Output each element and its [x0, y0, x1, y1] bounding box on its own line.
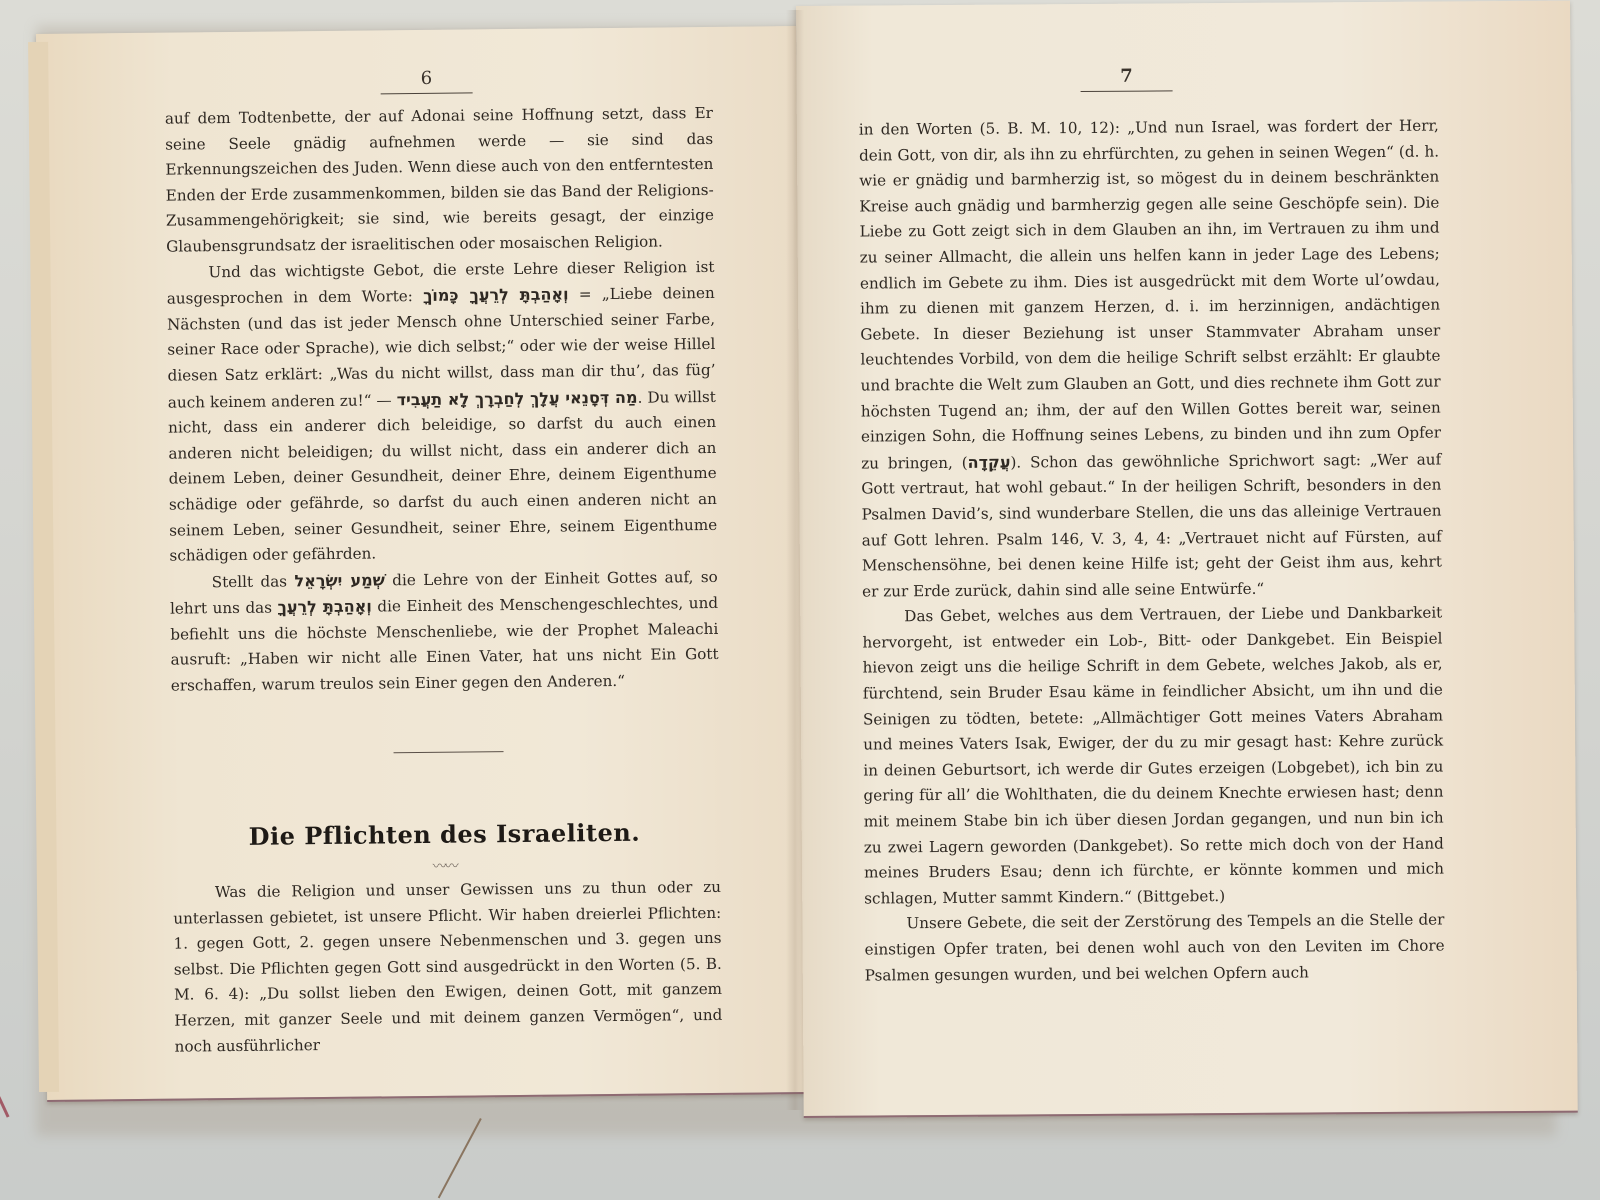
paragraph-shema: Stellt das שְׁמַע יִשְׂרָאֵל die Lehre v…	[170, 564, 719, 700]
text-span: . Du willst nicht, dass ein anderer dich…	[168, 387, 717, 564]
edge-mark	[0, 1096, 10, 1117]
page-number-rule	[381, 92, 473, 94]
section-divider-rule	[394, 751, 504, 753]
paragraph-our-prayers: Unsere Gebete, die seit der Zerstörung d…	[864, 908, 1445, 989]
page-number-text: 6	[421, 68, 433, 89]
page-number-text: 7	[1120, 66, 1133, 87]
hebrew-phrase: שְׁמַע יִשְׂרָאֵל	[294, 570, 385, 590]
text-span: in den Worten (5. B. M. 10, 12): „Und nu…	[859, 117, 1441, 473]
text-span: ). Schon das gewöhnliche Sprichwort sagt…	[861, 450, 1442, 600]
hebrew-phrase: עֲקֵדָה	[968, 452, 1011, 471]
right-page: 7 in den Worten (5. B. M. 10, 12): „Und …	[796, 1, 1578, 1118]
page-number-right: 7	[1076, 65, 1176, 92]
page-number-rule	[1081, 90, 1173, 92]
left-page: 6 auf dem Todtenbette, der auf Adonai se…	[36, 26, 807, 1102]
hebrew-phrase: וְאָהַבְתָּ לְרֵעֲךָ כָּמוֹךָ	[423, 285, 569, 306]
page-number-left: 6	[376, 67, 476, 94]
book-gutter	[786, 10, 804, 1110]
section-title: Die Pflichten des Israeliten.	[164, 817, 724, 852]
left-page-lower-text: Was die Religion und unser Gewissen uns …	[173, 875, 723, 1060]
paragraph: auf dem Todtenbette, der auf Adonai sein…	[165, 101, 715, 260]
paragraph-duties: Was die Religion und unser Gewissen uns …	[173, 875, 723, 1060]
left-page-underlying-leaves	[28, 42, 59, 1092]
paragraph-trust: in den Worten (5. B. M. 10, 12): „Und nu…	[859, 114, 1442, 605]
hebrew-phrase: מַה דְּסָנֵאי עֲלָךְ לְחַבְרָךְ לָא תַעֲ…	[397, 387, 638, 409]
hebrew-phrase: וְאָהַבְתָּ לְרֵעֲךָ	[277, 597, 371, 617]
paragraph-hillel: Und das wichtigste Gebot, die erste Lehr…	[166, 254, 717, 569]
text-span: Stellt das	[212, 572, 287, 591]
left-page-upper-text: auf dem Todtenbette, der auf Adonai sein…	[165, 101, 719, 699]
paragraph-prayer: Das Gebet, welches aus dem Vertrauen, de…	[862, 601, 1444, 912]
right-page-text: in den Worten (5. B. M. 10, 12): „Und nu…	[859, 114, 1445, 989]
